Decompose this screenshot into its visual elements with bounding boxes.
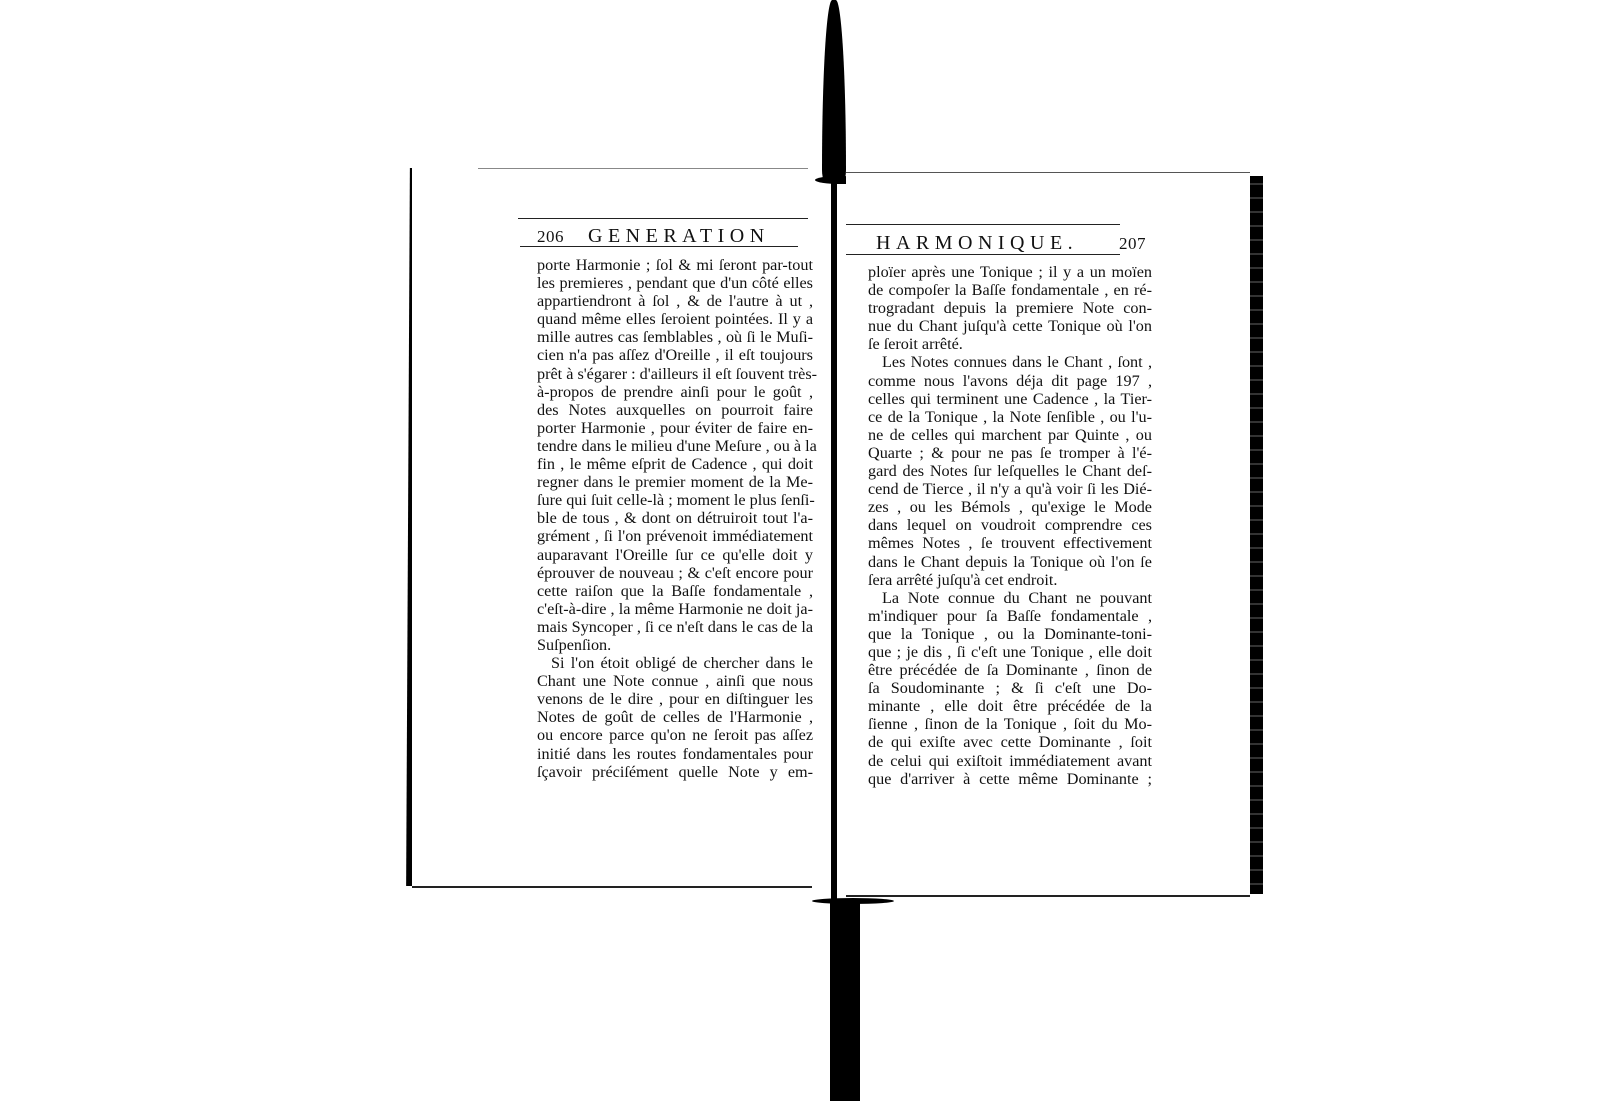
text-line: ſa Soudominante ; & ſi c'eſt une Do- <box>868 679 1152 697</box>
text-line: La Note connue du Chant ne pouvant <box>868 589 1152 607</box>
text-line: que d'arriver à cette même Dominante ; <box>868 770 1152 788</box>
right-page-number: 207 <box>1119 234 1146 254</box>
text-line: ſienne , ſinon de la Tonique , ſoit du M… <box>868 715 1152 733</box>
text-line: ce de la Tonique , la Note ſenſible , ou… <box>868 408 1152 426</box>
text-line: prêt à s'égarer : d'ailleurs il eſt ſouv… <box>537 365 813 383</box>
text-line: Suſpenſion. <box>537 636 813 654</box>
text-line: Quarte ; & pour ne pas ſe tromper à l'é- <box>868 444 1152 462</box>
text-line: minante , elle doit être précédée de la <box>868 697 1152 715</box>
left-header-rule-bottom <box>520 246 798 247</box>
text-line: dans lequel on voudroit comprendre ces <box>868 516 1152 534</box>
book-spine-bottom <box>830 902 860 1101</box>
text-line: c'eſt-à-dire , la même Harmonie ne doit … <box>537 600 813 618</box>
text-line: que la Tonique , ou la Dominante-toni- <box>868 625 1152 643</box>
text-line: ſe ſeroit arrêté. <box>868 335 1152 353</box>
text-line: porter Harmonie , pour éviter de faire e… <box>537 419 813 437</box>
right-header-rule-bottom <box>846 254 1120 255</box>
text-line: ſçavoir préciſément quelle Note y em- <box>537 763 813 781</box>
text-line: quand même elles ſeroient pointées. Il y… <box>537 310 813 328</box>
left-page-body: porte Harmonie ; ſol & mi ſeront par-tou… <box>537 256 813 781</box>
text-line: ſera arrêté juſqu'à cet endroit. <box>868 571 1152 589</box>
text-line: de qui exiſte avec cette Dominante , ſoi… <box>868 733 1152 751</box>
text-line: fin , le même eſprit de Cadence , qui do… <box>537 455 813 473</box>
text-line: cette raiſon que la Baſſe fondamentale , <box>537 582 813 600</box>
left-header-rule-top <box>518 218 808 219</box>
text-line: mêmes Notes , ſe trouvent effectivement <box>868 534 1152 552</box>
text-line: zes , ou les Bémols , qu'exige le Mode <box>868 498 1152 516</box>
text-line: tendre dans le milieu d'une Meſure , ou … <box>537 437 813 455</box>
text-line: comme nous l'avons déja dit page 197 , <box>868 372 1152 390</box>
book-gutter <box>831 182 837 902</box>
text-line: nue du Chant juſqu'à cette Tonique où l'… <box>868 317 1152 335</box>
left-page-number: 206 <box>537 227 564 247</box>
text-line: mais Syncoper , ſi ce n'eſt dans le cas … <box>537 618 813 636</box>
text-line: ble de tous , & dont on détruiroit tout … <box>537 509 813 527</box>
right-header-rule-top <box>846 224 1120 225</box>
text-line: ne de celles qui marchent par Quinte , o… <box>868 426 1152 444</box>
text-line: celles qui terminent une Cadence , la Ti… <box>868 390 1152 408</box>
text-line: initié dans les routes fondamentales pou… <box>537 745 813 763</box>
text-line: ou encore parce qu'on ne ſeroit pas aſſe… <box>537 726 813 744</box>
text-line: cend de Tierce , il n'y a qu'à voir ſi l… <box>868 480 1152 498</box>
left-page-top-edge <box>478 168 808 169</box>
text-line: les premieres , pendant que d'un côté el… <box>537 274 813 292</box>
text-line: à-propos de prendre ainſi pour le goût , <box>537 383 813 401</box>
left-page-header: 206 GENERATION <box>537 225 819 248</box>
right-running-head: HARMONIQUE. <box>876 232 1078 255</box>
text-line: éprouver de nouveau ; & c'eſt encore pou… <box>537 564 813 582</box>
text-line: Les Notes connues dans le Chant , ſont , <box>868 353 1152 371</box>
text-line: de celui qui exiſtoit immédiatement avan… <box>868 752 1152 770</box>
text-line: m'indiquer pour ſa Baſſe fondamentale , <box>868 607 1152 625</box>
book-spine-top <box>822 0 846 180</box>
text-line: Chant une Note connue , ainſi que nous <box>537 672 813 690</box>
text-line: porte Harmonie ; ſol & mi ſeront par-tou… <box>537 256 813 274</box>
right-page-header: HARMONIQUE. 207 <box>866 232 1146 255</box>
text-line: dans le Chant depuis la Tonique où l'on … <box>868 553 1152 571</box>
text-line: Notes de goût de celles de l'Harmonie , <box>537 708 813 726</box>
text-line: gard des Notes ſur leſquelles le Chant d… <box>868 462 1152 480</box>
text-line: auparavant l'Oreille ſur ce qu'elle doit… <box>537 546 813 564</box>
text-line: être précédée de ſa Dominante , ſinon de <box>868 661 1152 679</box>
text-line: Si l'on étoit obligé de chercher dans le <box>537 654 813 672</box>
text-line: mille autres cas ſemblables , où ſi le M… <box>537 328 813 346</box>
text-line: que ; je dis , ſi c'eſt une Tonique , el… <box>868 643 1152 661</box>
left-running-head: GENERATION <box>588 225 770 248</box>
text-line: regner dans le premier moment de la Me- <box>537 473 813 491</box>
text-line: des Notes auxquelles on pourroit faire <box>537 401 813 419</box>
text-line: de compoſer la Baſſe fondamentale , en r… <box>868 281 1152 299</box>
text-line: grément , ſi l'on prévenoit immédiatemen… <box>537 527 813 545</box>
text-line: ploïer après une Tonique ; il y a un moï… <box>868 263 1152 281</box>
text-line: cien n'a pas aſſez d'Oreille , il eſt to… <box>537 346 813 364</box>
text-line: ſure qui ſuit celle-là ; moment le plus … <box>537 491 813 509</box>
text-line: trogradant depuis la premiere Note con- <box>868 299 1152 317</box>
text-line: appartiendront à ſol , & de l'autre à ut… <box>537 292 813 310</box>
text-line: venons de le dire , pour en diſtinguer l… <box>537 690 813 708</box>
right-page-body: ploïer après une Tonique ; il y a un moï… <box>868 263 1152 788</box>
